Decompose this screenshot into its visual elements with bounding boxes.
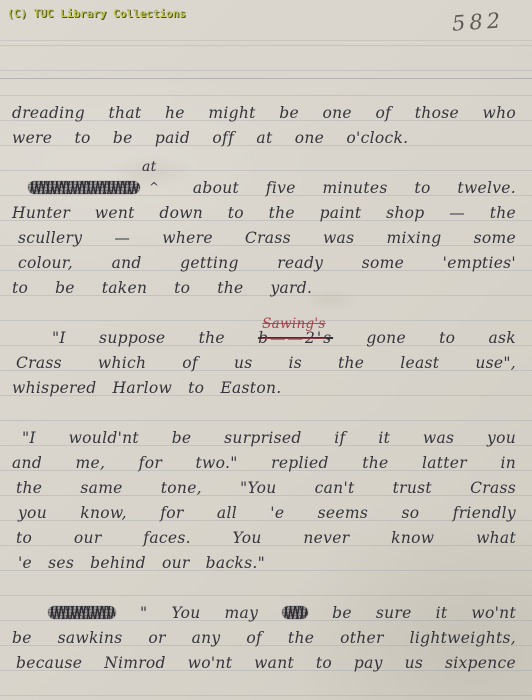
manuscript-line: 'e ses behind our backs." [12, 551, 516, 576]
line-gap [12, 151, 516, 176]
manuscript-line: to be taken to the yard. [12, 276, 516, 301]
handwritten-text: the same tone, "You can't trust Crass [16, 479, 516, 497]
handwritten-text: scullery — where Crass was mixing some [18, 229, 516, 247]
ruled-line-header [0, 78, 532, 79]
handwritten-text: Crass which of us is the least use", [16, 354, 516, 372]
manuscript-line: be sawkins or any of the other lightweig… [12, 626, 516, 651]
handwritten-text: and me, for two." replied the latter in [12, 454, 516, 472]
handwritten-text: to be taken to the yard. [12, 279, 312, 297]
handwritten-text: you know, for all 'e seems so friendly [18, 504, 516, 522]
scribbled-out-word [282, 606, 308, 619]
handwritten-text: " You may [116, 604, 282, 622]
handwritten-text: "I suppose the [52, 329, 258, 347]
line-gap [12, 576, 516, 601]
handwritten-text: "I would'nt be surprised if it was you [22, 429, 516, 447]
handwritten-text: Hunter went down to the paint shop — the [12, 204, 516, 222]
manuscript-text: dreading that he might be one of those w… [12, 101, 516, 676]
manuscript-line: you know, for all 'e seems so friendly [12, 501, 516, 526]
manuscript-line: " You may be sure it wo'nt [12, 601, 516, 626]
manuscript-line: dreading that he might be one of those w… [12, 101, 516, 126]
handwritten-text: were to be paid off at one o'clock. [12, 129, 408, 147]
handwritten-text: because Nimrod wo'nt want to pay us sixp… [16, 654, 516, 672]
manuscript-line: and me, for two." replied the latter in [12, 451, 516, 476]
watermark-label: (C) TUC Library Collections [7, 7, 186, 20]
manuscript-line: the same tone, "You can't trust Crass [12, 476, 516, 501]
manuscript-line: colour, and getting ready some 'empties' [12, 251, 516, 276]
handwritten-text: about five minutes to twelve. [166, 179, 516, 197]
correction: Sawing'sb——2's [258, 326, 333, 351]
handwritten-text: to our faces. You never know what [16, 529, 516, 547]
page-number: 582 [451, 8, 505, 36]
red-ink-correction: Sawing's [262, 312, 326, 339]
ruled-line-top [0, 40, 532, 41]
handwritten-text: dreading that he might be one of those w… [12, 104, 516, 122]
manuscript-line: scullery — where Crass was mixing some [12, 226, 516, 251]
manuscript-line: at^ about five minutes to twelve. [12, 176, 516, 201]
manuscript-line: Hunter went down to the paint shop — the [12, 201, 516, 226]
manuscript-line: because Nimrod wo'nt want to pay us sixp… [12, 651, 516, 676]
caret-mark: ^ [149, 175, 159, 200]
handwritten-text: gone to ask [333, 329, 516, 347]
manuscript-line: Crass which of us is the least use", [12, 351, 516, 376]
scribbled-out-word [28, 181, 140, 194]
handwritten-text: be sawkins or any of the other lightweig… [12, 629, 516, 647]
manuscript-line: to our faces. You never know what [12, 526, 516, 551]
manuscript-line: "I suppose the Sawing'sb——2's gone to as… [12, 326, 516, 351]
manuscript-line: whispered Harlow to Easton. [12, 376, 516, 401]
manuscript-line: "I would'nt be surprised if it was you [12, 426, 516, 451]
inserted-word: at^ [140, 178, 166, 194]
handwritten-text: 'e ses behind our backs." [18, 554, 265, 572]
handwritten-text: whispered Harlow to Easton. [12, 379, 281, 397]
manuscript-page: (C) TUC Library Collections 582 dreading… [0, 0, 532, 700]
line-gap [12, 401, 516, 426]
scribbled-out-word [48, 606, 116, 619]
handwritten-text: colour, and getting ready some 'empties' [18, 254, 516, 272]
manuscript-line: were to be paid off at one o'clock. [12, 126, 516, 151]
handwritten-text: be sure it wo'nt [308, 604, 516, 622]
